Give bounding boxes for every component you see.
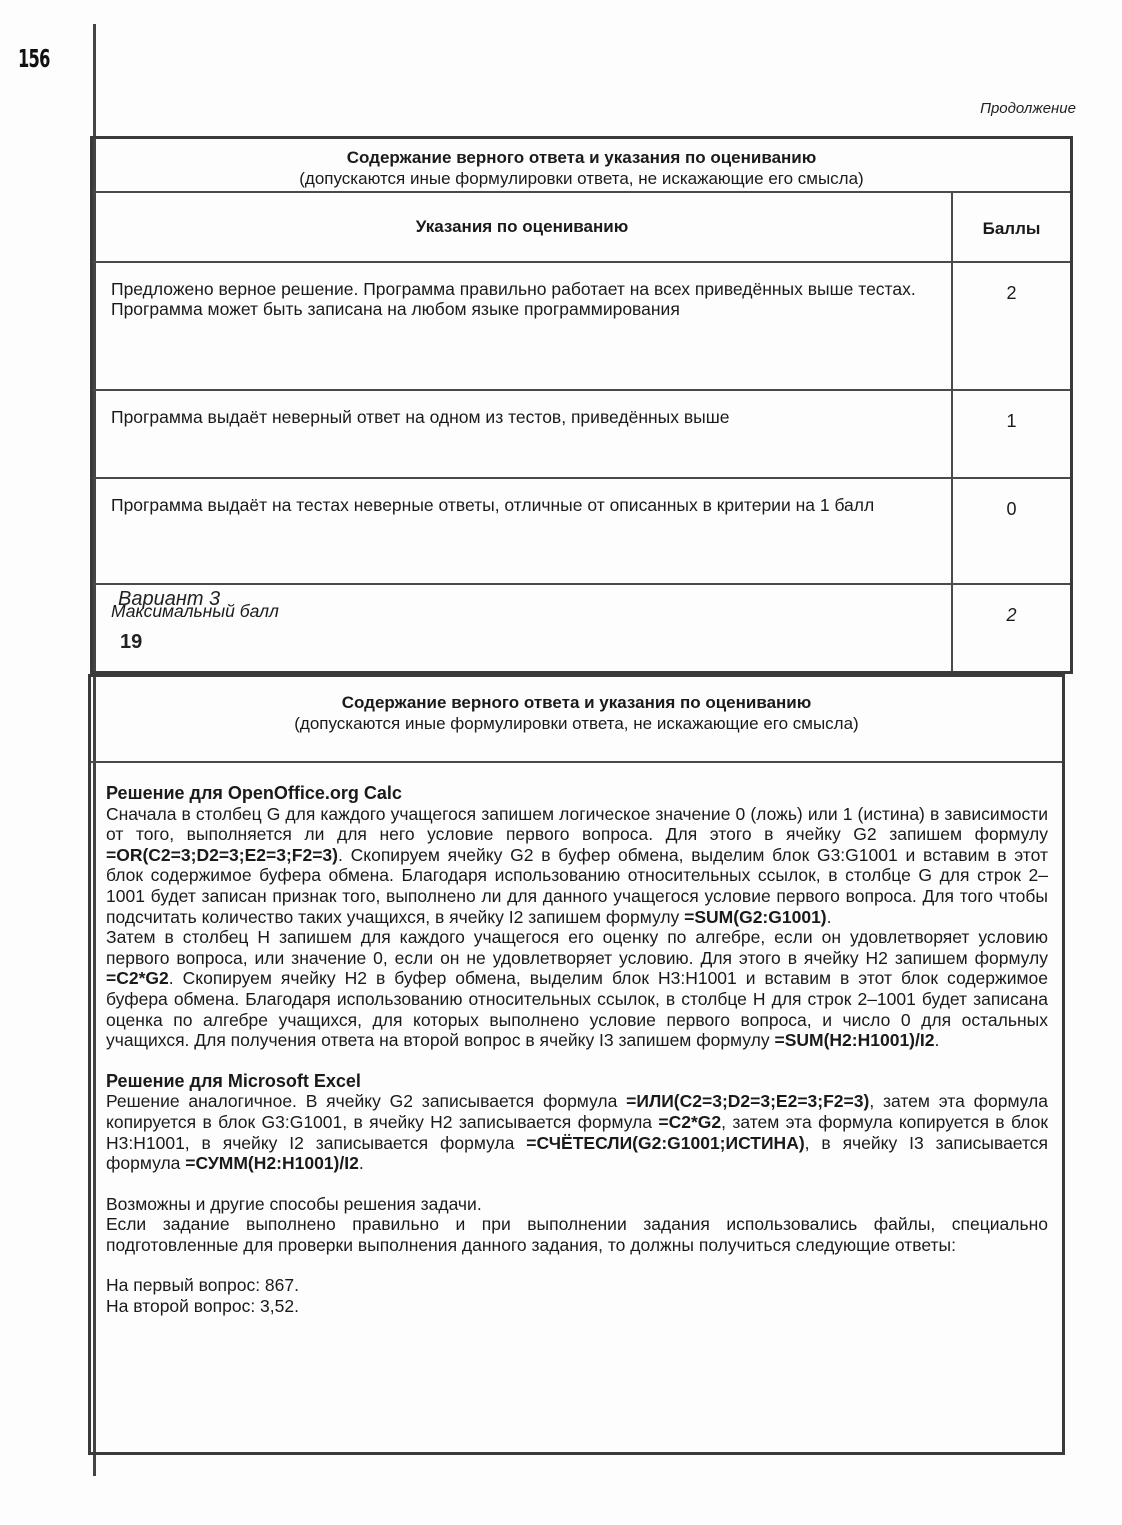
answer-box-subtitle: (допускаются иные формулировки ответа, н…	[91, 714, 1062, 734]
formula: =SUM(H2:H1001)/I2	[774, 1030, 934, 1050]
formula: =C2*G2	[658, 1112, 721, 1132]
text: Затем в столбец H запишем для каждого уч…	[106, 927, 1048, 968]
answer-box-title: Содержание верного ответа и указания по …	[91, 693, 1062, 713]
table-row-max: Максимальный балл 2	[92, 584, 1072, 673]
criteria-cell: Программа выдаёт неверный ответ на одном…	[92, 390, 953, 478]
formula: =ИЛИ(C2=3;D2=3;E2=3;F2=3)	[626, 1091, 869, 1111]
text: Сначала в столбец G для каждого учащегос…	[106, 804, 1048, 845]
text: .	[934, 1030, 939, 1050]
answer-box-body: Решение для OpenOffice.org Calc Сначала …	[91, 763, 1062, 1317]
answer-first-question: На первый вопрос: 867.	[106, 1275, 1048, 1296]
table-row: Предложено верное решение. Программа пра…	[92, 262, 1072, 390]
answer-box-header: Содержание верного ответа и указания по …	[91, 693, 1062, 763]
criteria-text: Предложено верное решение. Программа пра…	[111, 279, 916, 299]
points-cell: 2	[952, 262, 1072, 390]
formula: =OR(C2=3;D2=3;E2=3;F2=3)	[106, 845, 338, 865]
criteria-cell: Предложено верное решение. Программа пра…	[92, 262, 953, 390]
continuation-label: Продолжение	[980, 100, 1076, 117]
points-cell: 0	[952, 478, 1072, 584]
points-cell: 1	[952, 390, 1072, 478]
grading-table-header: Содержание верного ответа и указания по …	[92, 138, 1072, 193]
criteria-cell: Программа выдаёт на тестах неверные отве…	[92, 478, 953, 584]
table-row: Программа выдаёт неверный ответ на одном…	[92, 390, 1072, 478]
text: .	[827, 907, 832, 927]
openoffice-paragraph-2: Затем в столбец H запишем для каждого уч…	[106, 927, 1048, 1051]
table-row: Программа выдаёт на тестах неверные отве…	[92, 478, 1072, 584]
max-score-label: Максимальный балл	[92, 584, 953, 673]
column-header-points: Баллы	[952, 192, 1072, 262]
formula: =SUM(G2:G1001)	[684, 907, 826, 927]
text: Решение аналогичное. В ячейку G2 записыв…	[106, 1091, 626, 1111]
variant-label: Вариант 3	[118, 588, 220, 611]
answer-second-question: На второй вопрос: 3,52.	[106, 1296, 1048, 1317]
task-number: 19	[120, 631, 142, 654]
grading-table: Содержание верного ответа и указания по …	[90, 136, 1073, 674]
excel-paragraph: Решение аналогичное. В ячейку G2 записыв…	[106, 1091, 1048, 1173]
formula: =C2*G2	[106, 968, 169, 988]
column-header-criteria: Указания по оцениванию	[92, 192, 953, 262]
answer-box: Содержание верного ответа и указания по …	[88, 674, 1065, 1455]
max-score-value: 2	[952, 584, 1072, 673]
grading-table-subtitle: (допускаются иные формулировки ответа, н…	[93, 169, 1070, 189]
text: .	[359, 1153, 364, 1173]
excel-heading: Решение для Microsoft Excel	[106, 1071, 1048, 1092]
openoffice-heading: Решение для OpenOffice.org Calc	[106, 783, 1048, 804]
criteria-text-line2: Программа может быть записана на любом я…	[111, 299, 680, 319]
page-number: 156	[18, 44, 50, 73]
grading-table-title: Содержание верного ответа и указания по …	[93, 148, 1070, 168]
files-note: Если задание выполнено правильно и при в…	[106, 1214, 1048, 1255]
formula: =СУММ(H2:H1001)/I2	[185, 1153, 359, 1173]
formula: =СЧЁТЕСЛИ(G2:G1001;ИСТИНА)	[526, 1133, 804, 1153]
openoffice-paragraph-1: Сначала в столбец G для каждого учащегос…	[106, 804, 1048, 928]
other-ways-note: Возможны и другие способы решения задачи…	[106, 1194, 1048, 1215]
